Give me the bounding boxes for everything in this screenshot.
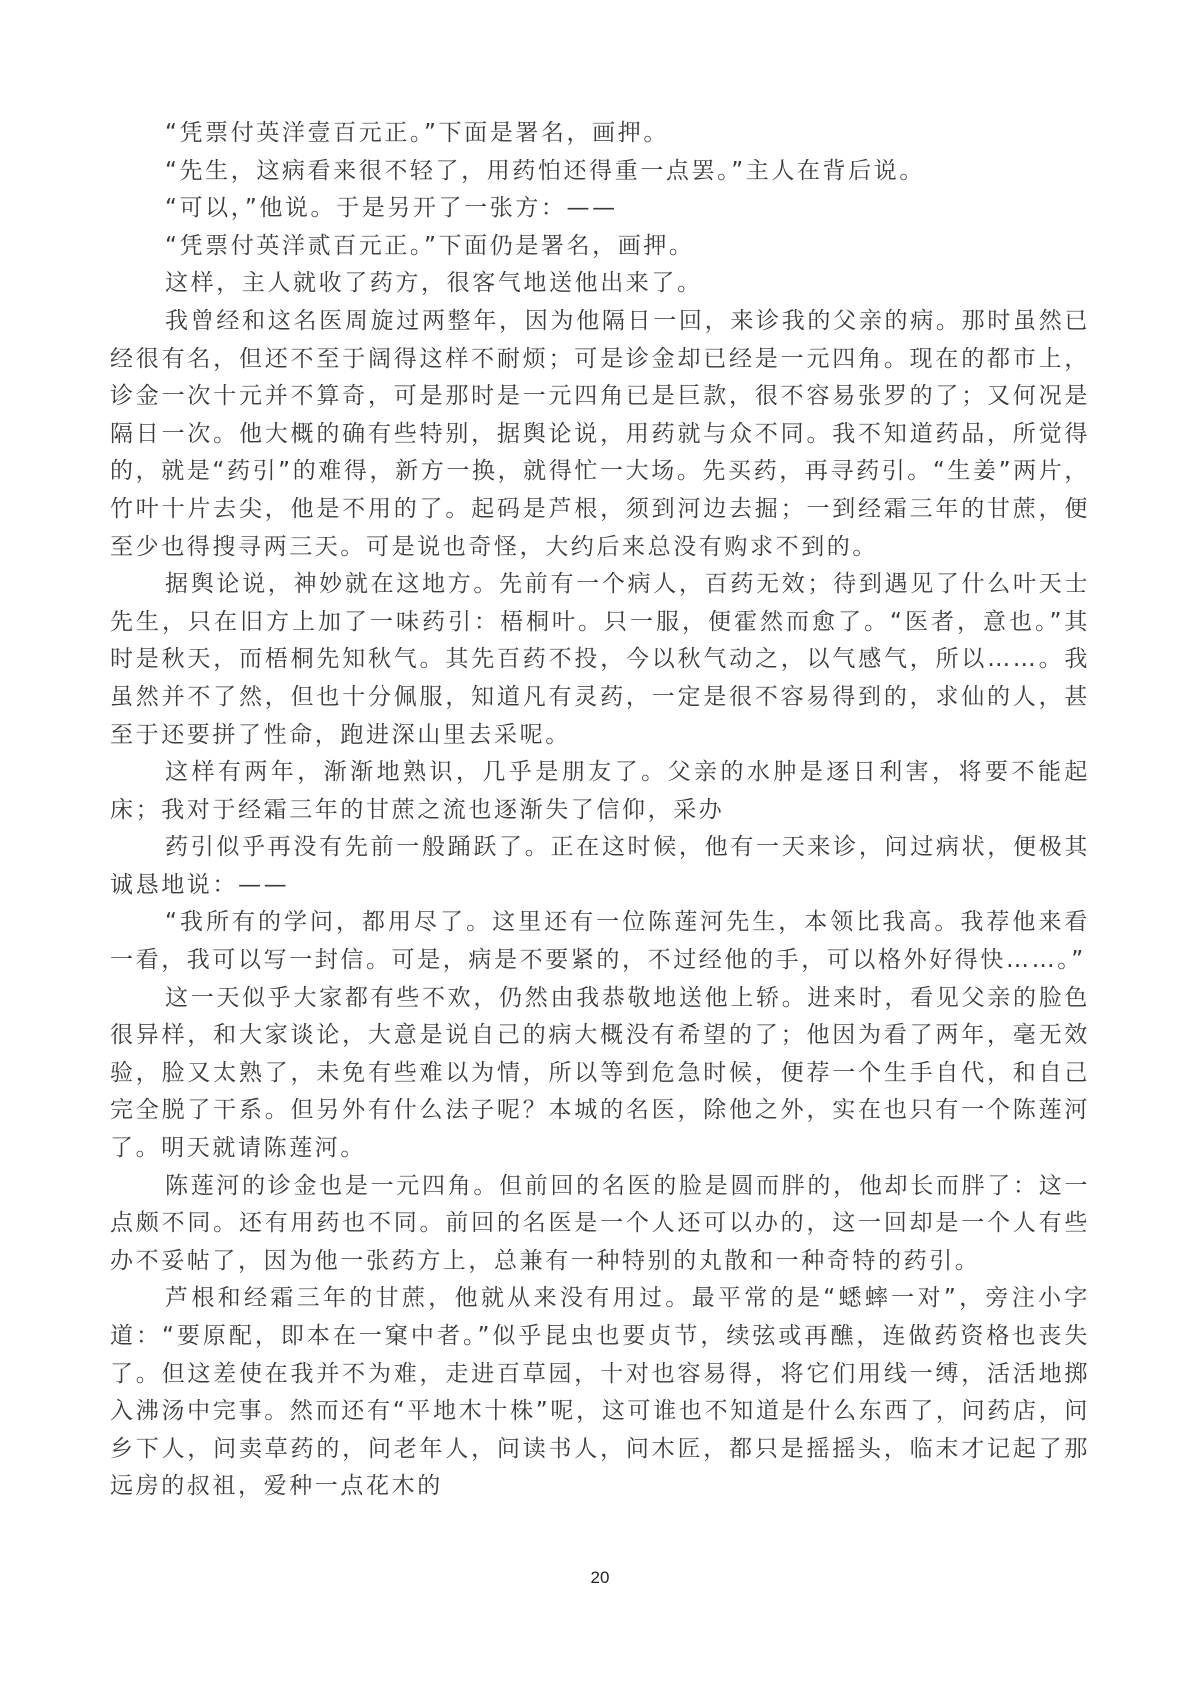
paragraph: 这样有两年，渐渐地熟识，几乎是朋友了。父亲的水肿是逐日利害，将要不能起床；我对于… xyxy=(110,754,1090,829)
paragraph: 这一天似乎大家都有些不欢，仍然由我恭敬地送他上轿。进来时，看见父亲的脸色很异样，… xyxy=(110,980,1090,1168)
paragraph: “我所有的学问，都用尽了。这里还有一位陈莲河先生，本领比我高。我荐他来看一看，我… xyxy=(110,904,1090,979)
paragraph: 这样，主人就收了药方，很客气地送他出来了。 xyxy=(110,265,1090,303)
document-page: “凭票付英洋壹百元正。”下面是署名，画押。 “先生，这病看来很不轻了，用药怕还得… xyxy=(0,0,1200,1697)
paragraph: “可以，”他说。于是另开了一张方：—— xyxy=(110,190,1090,228)
paragraph: 芦根和经霜三年的甘蔗，他就从来没有用过。最平常的是“蟋蟀一对”，旁注小字道：“要… xyxy=(110,1280,1090,1506)
paragraph: “凭票付英洋贰百元正。”下面仍是署名，画押。 xyxy=(110,228,1090,266)
body-text: “凭票付英洋壹百元正。”下面是署名，画押。 “先生，这病看来很不轻了，用药怕还得… xyxy=(110,115,1090,1506)
paragraph: 据舆论说，神妙就在这地方。先前有一个病人，百药无效；待到遇见了什么叶天士先生，只… xyxy=(110,566,1090,754)
paragraph: 我曾经和这名医周旋过两整年，因为他隔日一回，来诊我的父亲的病。那时虽然已经很有名… xyxy=(110,303,1090,566)
paragraph: “凭票付英洋壹百元正。”下面是署名，画押。 xyxy=(110,115,1090,153)
paragraph: “先生，这病看来很不轻了，用药怕还得重一点罢。”主人在背后说。 xyxy=(110,153,1090,191)
page-number: 20 xyxy=(0,1568,1200,1588)
paragraph: 药引似乎再没有先前一般踊跃了。正在这时候，他有一天来诊，问过病状，便极其诚恳地说… xyxy=(110,829,1090,904)
paragraph: 陈莲河的诊金也是一元四角。但前回的名医的脸是圆而胖的，他却长而胖了：这一点颇不同… xyxy=(110,1168,1090,1281)
